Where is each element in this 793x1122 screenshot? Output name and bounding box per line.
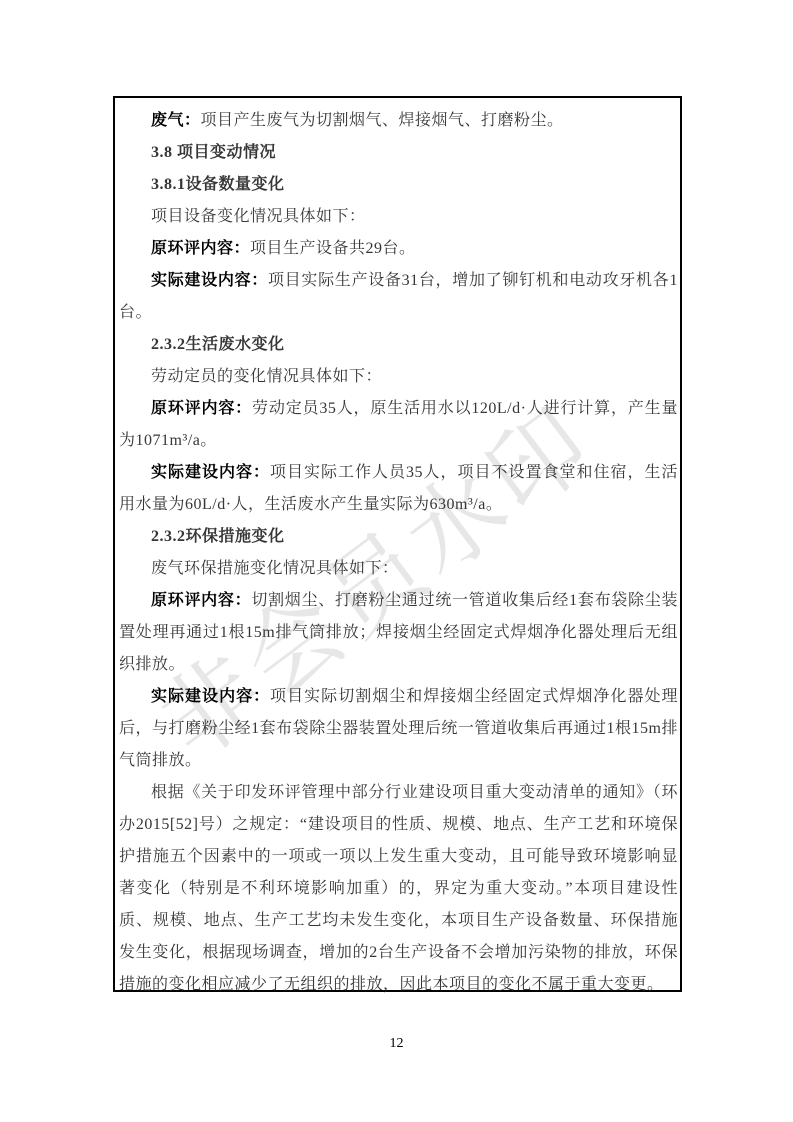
paragraph-labor-intro: 劳动定员的变化情况具体如下： xyxy=(119,361,678,393)
paragraph-actual-construction-wastewater: 实际建设内容：项目实际工作人员35人，项目不设置食堂和住宿，生活用水量为60L/… xyxy=(119,457,678,521)
paragraph-text: 项目产生废气为切割烟气、焊接烟气、打磨粉尘。 xyxy=(201,112,564,129)
paragraph-lead-label: 原环评内容： xyxy=(151,400,252,417)
paragraph-lead-label: 实际建设内容： xyxy=(151,272,268,289)
paragraph-text: 项目生产设备共29台。 xyxy=(250,240,416,257)
paragraph-lead-label: 实际建设内容： xyxy=(151,688,270,705)
paragraph-waste-gas: 废气：项目产生废气为切割烟气、焊接烟气、打磨粉尘。 xyxy=(119,105,678,137)
paragraph-env-measures-intro: 废气环保措施变化情况具体如下： xyxy=(119,553,678,585)
paragraph-lead-label: 原环评内容： xyxy=(151,240,250,257)
paragraph-lead-label: 废气： xyxy=(151,112,201,129)
paragraph-original-eia-equipment: 原环评内容：项目生产设备共29台。 xyxy=(119,233,678,265)
paragraph-actual-construction-equipment: 实际建设内容：项目实际生产设备31台，增加了铆钉机和电动攻牙机各1台。 xyxy=(119,265,678,329)
subsection-heading-wastewater: 2.3.2生活废水变化 xyxy=(119,329,678,361)
paragraph-lead-label: 实际建设内容： xyxy=(151,464,270,481)
section-heading-3-8: 3.8 项目变动情况 xyxy=(119,137,678,169)
subsection-heading-env-measures: 2.3.2环保措施变化 xyxy=(119,521,678,553)
subsection-heading-3-8-1: 3.8.1设备数量变化 xyxy=(119,169,678,201)
page-number: 12 xyxy=(0,1036,793,1052)
paragraph-equipment-intro: 项目设备变化情况具体如下： xyxy=(119,201,678,233)
document-page: 非会员水印 废气：项目产生废气为切割烟气、焊接烟气、打磨粉尘。 3.8 项目变动… xyxy=(0,0,793,1122)
paragraph-actual-construction-measures: 实际建设内容：项目实际切割烟尘和焊接烟尘经固定式焊烟净化器处理后，与打磨粉尘经1… xyxy=(119,681,678,777)
content-box: 废气：项目产生废气为切割烟气、焊接烟气、打磨粉尘。 3.8 项目变动情况 3.8… xyxy=(113,96,682,992)
paragraph-conclusion: 根据《关于印发环评管理中部分行业建设项目重大变动清单的通知》（环办2015[52… xyxy=(119,777,678,1001)
paragraph-lead-label: 原环评内容： xyxy=(151,592,251,609)
paragraph-original-eia-measures: 原环评内容：切割烟尘、打磨粉尘通过统一管道收集后经1套布袋除尘装置处理再通过1根… xyxy=(119,585,678,681)
paragraph-original-eia-wastewater: 原环评内容：劳动定员35人，原生活用水以120L/d·人进行计算，产生量为107… xyxy=(119,393,678,457)
